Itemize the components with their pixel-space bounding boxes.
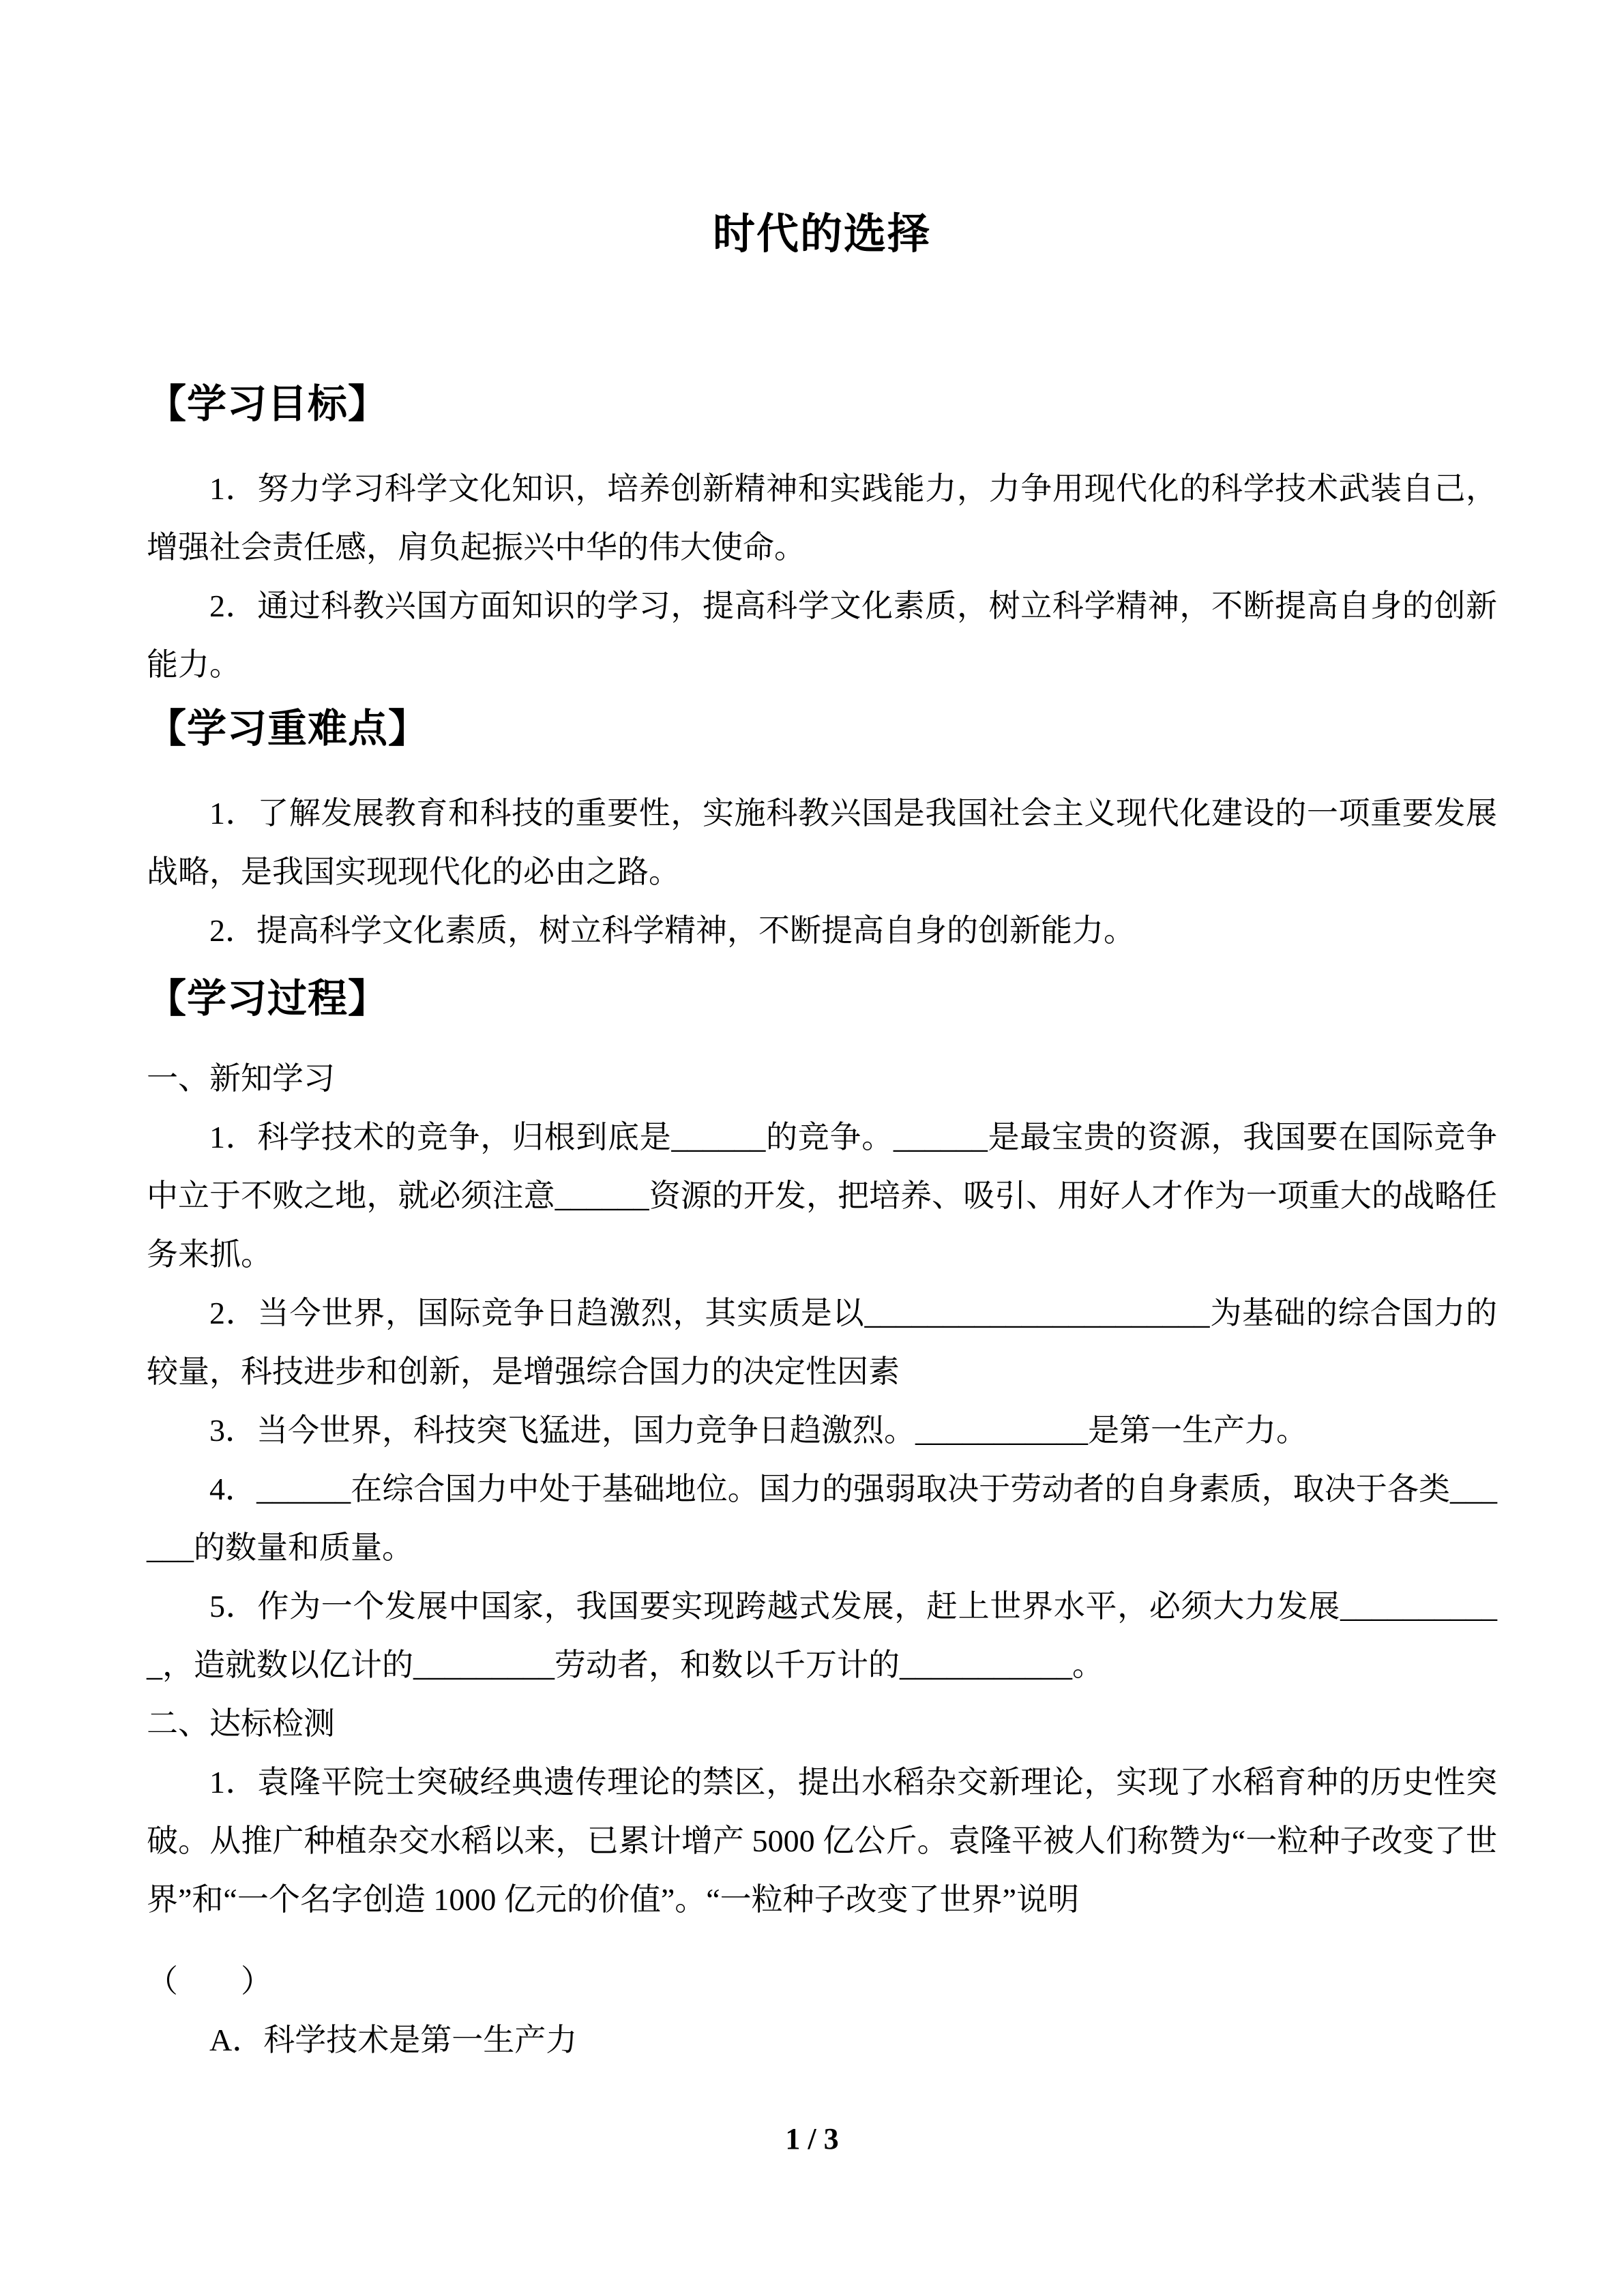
doc-title: 时代的选择 xyxy=(147,0,1497,267)
document-content: 时代的选择 【学习目标】 1．努力学习科学文化知识，培养创新精神和实践能力，力争… xyxy=(0,0,1624,2070)
assessment-question-1: 1．袁隆平院士突破经典遗传理论的禁区，提出水稻杂交新理论，实现了水稻育种的历史性… xyxy=(147,1753,1497,1929)
section-heading-learning-goals: 【学习目标】 xyxy=(147,370,1497,439)
section-heading-process: 【学习过程】 xyxy=(147,964,1497,1034)
learning-goal-item-2: 2．通过科教兴国方面知识的学习，提高科学文化素质，树立科学精神，不断提高自身的创… xyxy=(147,577,1497,694)
new-knowledge-item-2: 2．当今世界，国际竞争日趋激烈，其实质是以___________________… xyxy=(147,1284,1497,1401)
subsection-heading-assessment: 二、达标检测 xyxy=(147,1695,1497,1753)
section-heading-key-points: 【学习重难点】 xyxy=(147,694,1497,764)
answer-parentheses: （ ） xyxy=(147,1952,1497,2011)
new-knowledge-item-3: 3．当今世界，科技突飞猛进，国力竞争日趋激烈。___________是第一生产力… xyxy=(147,1401,1497,1460)
new-knowledge-item-1: 1．科学技术的竞争，归根到底是______的竞争。______是最宝贵的资源，我… xyxy=(147,1108,1497,1284)
page-number: 1 / 3 xyxy=(0,2119,1624,2160)
new-knowledge-item-5: 5．作为一个发展中国家，我国要实现跨越式发展，赶上世界水平，必须大力发展____… xyxy=(147,1577,1497,1695)
subsection-heading-new-knowledge: 一、新知学习 xyxy=(147,1049,1497,1108)
key-point-item-2: 2．提高科学文化素质，树立科学精神，不断提高自身的创新能力。 xyxy=(147,901,1497,960)
new-knowledge-item-4: 4．______在综合国力中处于基础地位。国力的强弱取决于劳动者的自身素质，取决… xyxy=(147,1460,1497,1577)
assessment-option-a: A．科学技术是第一生产力 xyxy=(147,2011,1497,2070)
learning-goal-item-1: 1．努力学习科学文化知识，培养创新精神和实践能力，力争用现代化的科学技术武装自己… xyxy=(147,460,1497,577)
document-page: 时代的选择 【学习目标】 1．努力学习科学文化知识，培养创新精神和实践能力，力争… xyxy=(0,0,1624,2296)
key-point-item-1: 1．了解发展教育和科技的重要性，实施科教兴国是我国社会主义现代化建设的一项重要发… xyxy=(147,784,1497,901)
